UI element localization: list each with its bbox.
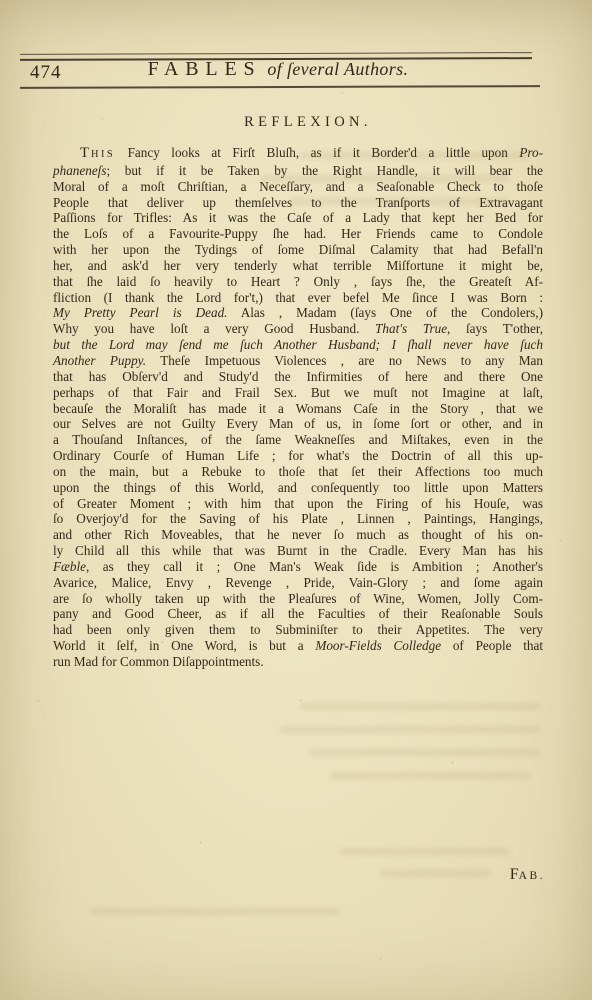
text-line: My Pretty Pearl is Dead. Alas , Madam (ſ… (53, 305, 543, 321)
text-segment: That's True (375, 321, 447, 336)
text-line: Avarice, Malice, Envy , Revenge , Pride,… (53, 575, 543, 591)
show-through-ghost (340, 848, 510, 855)
text-segment: that has Obſerv'd and Study'd the Infirm… (53, 369, 543, 384)
catchword-lead: F (510, 866, 519, 883)
show-through-ghost (290, 198, 510, 205)
text-segment: and other Rich Moveables, that he never … (53, 527, 543, 542)
show-through-ghost (280, 726, 540, 733)
show-through-ghost (260, 175, 510, 182)
running-title-italic: of ſeveral Authors. (267, 59, 408, 79)
text-segment: T (80, 145, 89, 161)
text-segment: her, and ask'd her very tenderly what te… (53, 258, 543, 273)
text-line: had been only given them to Subminiſter … (53, 622, 543, 638)
text-segment: Theſe Impetuous Violences , are no News … (146, 353, 543, 368)
text-line: run Mad for Common Diſappointments. (53, 654, 543, 670)
text-line: ſo Overjoy'd for the Saving of his Plate… (53, 511, 543, 527)
text-line: Paſſions for Trifles: As it was the Caſe… (53, 210, 543, 226)
text-segment: on the main, but a Rebuke to thoſe that … (53, 464, 543, 479)
body-paragraph: THIS Fancy looks at Firſt Bluſh, as if i… (53, 145, 543, 670)
text-segment: but the Lord may ſend me ſuch Another Hu… (53, 337, 543, 352)
catchword-rest: AB. (519, 870, 545, 882)
show-through-ghost (380, 870, 490, 877)
text-segment: Alas , Madam (ſays One of the Condolers,… (227, 305, 543, 320)
text-segment: had been only given them to Subminiſter … (53, 622, 543, 637)
text-segment: upon the things of this World, and conſe… (53, 480, 543, 495)
text-line: the Loſs of a Favourite-Puppy ſhe had. H… (53, 226, 543, 242)
text-line: are ſo wholly taken up with the Pleaſure… (53, 591, 543, 607)
text-line: pany and Good Cheer, as if all the Facul… (53, 606, 543, 622)
catchword: FAB. (510, 866, 545, 884)
text-segment: becauſe the Moraliſt has made it a Woman… (53, 401, 543, 416)
text-segment: phaneneſs (53, 163, 106, 178)
text-segment: Why you have loſt a very Good Husband. (53, 321, 375, 336)
text-line: with her upon the Tydings of ſome Diſmal… (53, 242, 543, 258)
running-title: FABLES of ſeveral Authors. (0, 58, 556, 81)
text-segment: Ordinary Courſe of Human Life ; for what… (53, 448, 543, 463)
book-page-scan: 474 FABLES of ſeveral Authors. REFLEXION… (0, 0, 592, 1000)
show-through-ghost (90, 908, 340, 915)
text-line: becauſe the Moraliſt has made it a Woman… (53, 401, 543, 417)
text-line: Why you have loſt a very Good Husband. T… (53, 321, 543, 337)
text-line: a Thouſand Inſtances, of the ſame Weakne… (53, 432, 543, 448)
text-line: ly Child all this while that was Burnt i… (53, 543, 543, 559)
text-line: Ordinary Courſe of Human Life ; for what… (53, 448, 543, 464)
text-line: perhaps of that Fair and Frail Sex. But … (53, 385, 543, 401)
text-segment: with her upon the Tydings of ſome Diſmal… (53, 242, 543, 257)
text-segment: run Mad for Common Diſappointments. (53, 654, 264, 669)
text-segment: HIS (91, 149, 115, 160)
paper-speckles (0, 0, 1, 1)
text-line: fliction (I thank the Lord for't,) that … (53, 290, 543, 306)
text-segment: ly Child all this while that was Burnt i… (53, 543, 543, 558)
text-segment: ſo Overjoy'd for the Saving of his Plate… (53, 511, 543, 526)
show-through-ghost (330, 772, 530, 779)
text-segment: fliction (I thank the Lord for't,) that … (53, 290, 543, 305)
text-segment: Fæble, (53, 559, 89, 574)
text-line: but the Lord may ſend me ſuch Another Hu… (53, 337, 543, 353)
text-line: that has Obſerv'd and Study'd the Infirm… (53, 369, 543, 385)
text-line: our Selves are not Guilty Every Man of u… (53, 416, 543, 432)
text-line: that ſhe laid ſo heavily to Heart ? Only… (53, 274, 543, 290)
show-through-ghost (300, 152, 530, 159)
text-segment: World it ſelf, in One Word, is but a (53, 638, 315, 653)
text-segment: a Thouſand Inſtances, of the ſame Weakne… (53, 432, 543, 447)
text-segment: the Loſs of a Favourite-Puppy ſhe had. H… (53, 226, 543, 241)
text-segment: that ſhe laid ſo heavily to Heart ? Only… (53, 274, 543, 289)
running-title-main: FABLES (148, 58, 262, 80)
text-segment: Moor-Fields Colledge (315, 638, 441, 653)
text-segment: are ſo wholly taken up with the Pleaſure… (53, 591, 543, 606)
text-line: of Greater Moment ; with him that upon t… (53, 496, 543, 512)
show-through-ghost (300, 703, 540, 710)
text-line: World it ſelf, in One Word, is but a Moo… (53, 638, 543, 654)
header-rule-bottom (20, 85, 540, 89)
text-segment: pany and Good Cheer, as if all the Facul… (53, 606, 543, 621)
text-segment: our Selves are not Guilty Every Man of u… (53, 416, 543, 431)
text-segment: Another Puppy. (53, 353, 146, 368)
text-segment: Avarice, Malice, Envy , Revenge , Pride,… (53, 575, 543, 590)
text-line: Fæble, as they call it ; One Man's Weak … (53, 559, 543, 575)
text-segment: Paſſions for Trifles: As it was the Caſe… (53, 210, 543, 225)
text-segment: as they call it ; One Man's Weak ſide is… (89, 559, 543, 574)
text-segment: , ſays T'other, (447, 321, 543, 336)
text-line: on the main, but a Rebuke to thoſe that … (53, 464, 543, 480)
section-heading: REFLEXION. (24, 114, 592, 131)
text-line: Another Puppy. Theſe Impetuous Violences… (53, 353, 543, 369)
text-segment: My Pretty Pearl is Dead. (53, 305, 227, 320)
text-line: her, and ask'd her very tenderly what te… (53, 258, 543, 274)
show-through-ghost (310, 749, 540, 756)
text-line: upon the things of this World, and conſe… (53, 480, 543, 496)
text-segment: of People that (441, 638, 543, 653)
text-segment: perhaps of that Fair and Frail Sex. But … (53, 385, 543, 400)
text-line: and other Rich Moveables, that he never … (53, 527, 543, 543)
text-segment: of Greater Moment ; with him that upon t… (53, 496, 543, 511)
